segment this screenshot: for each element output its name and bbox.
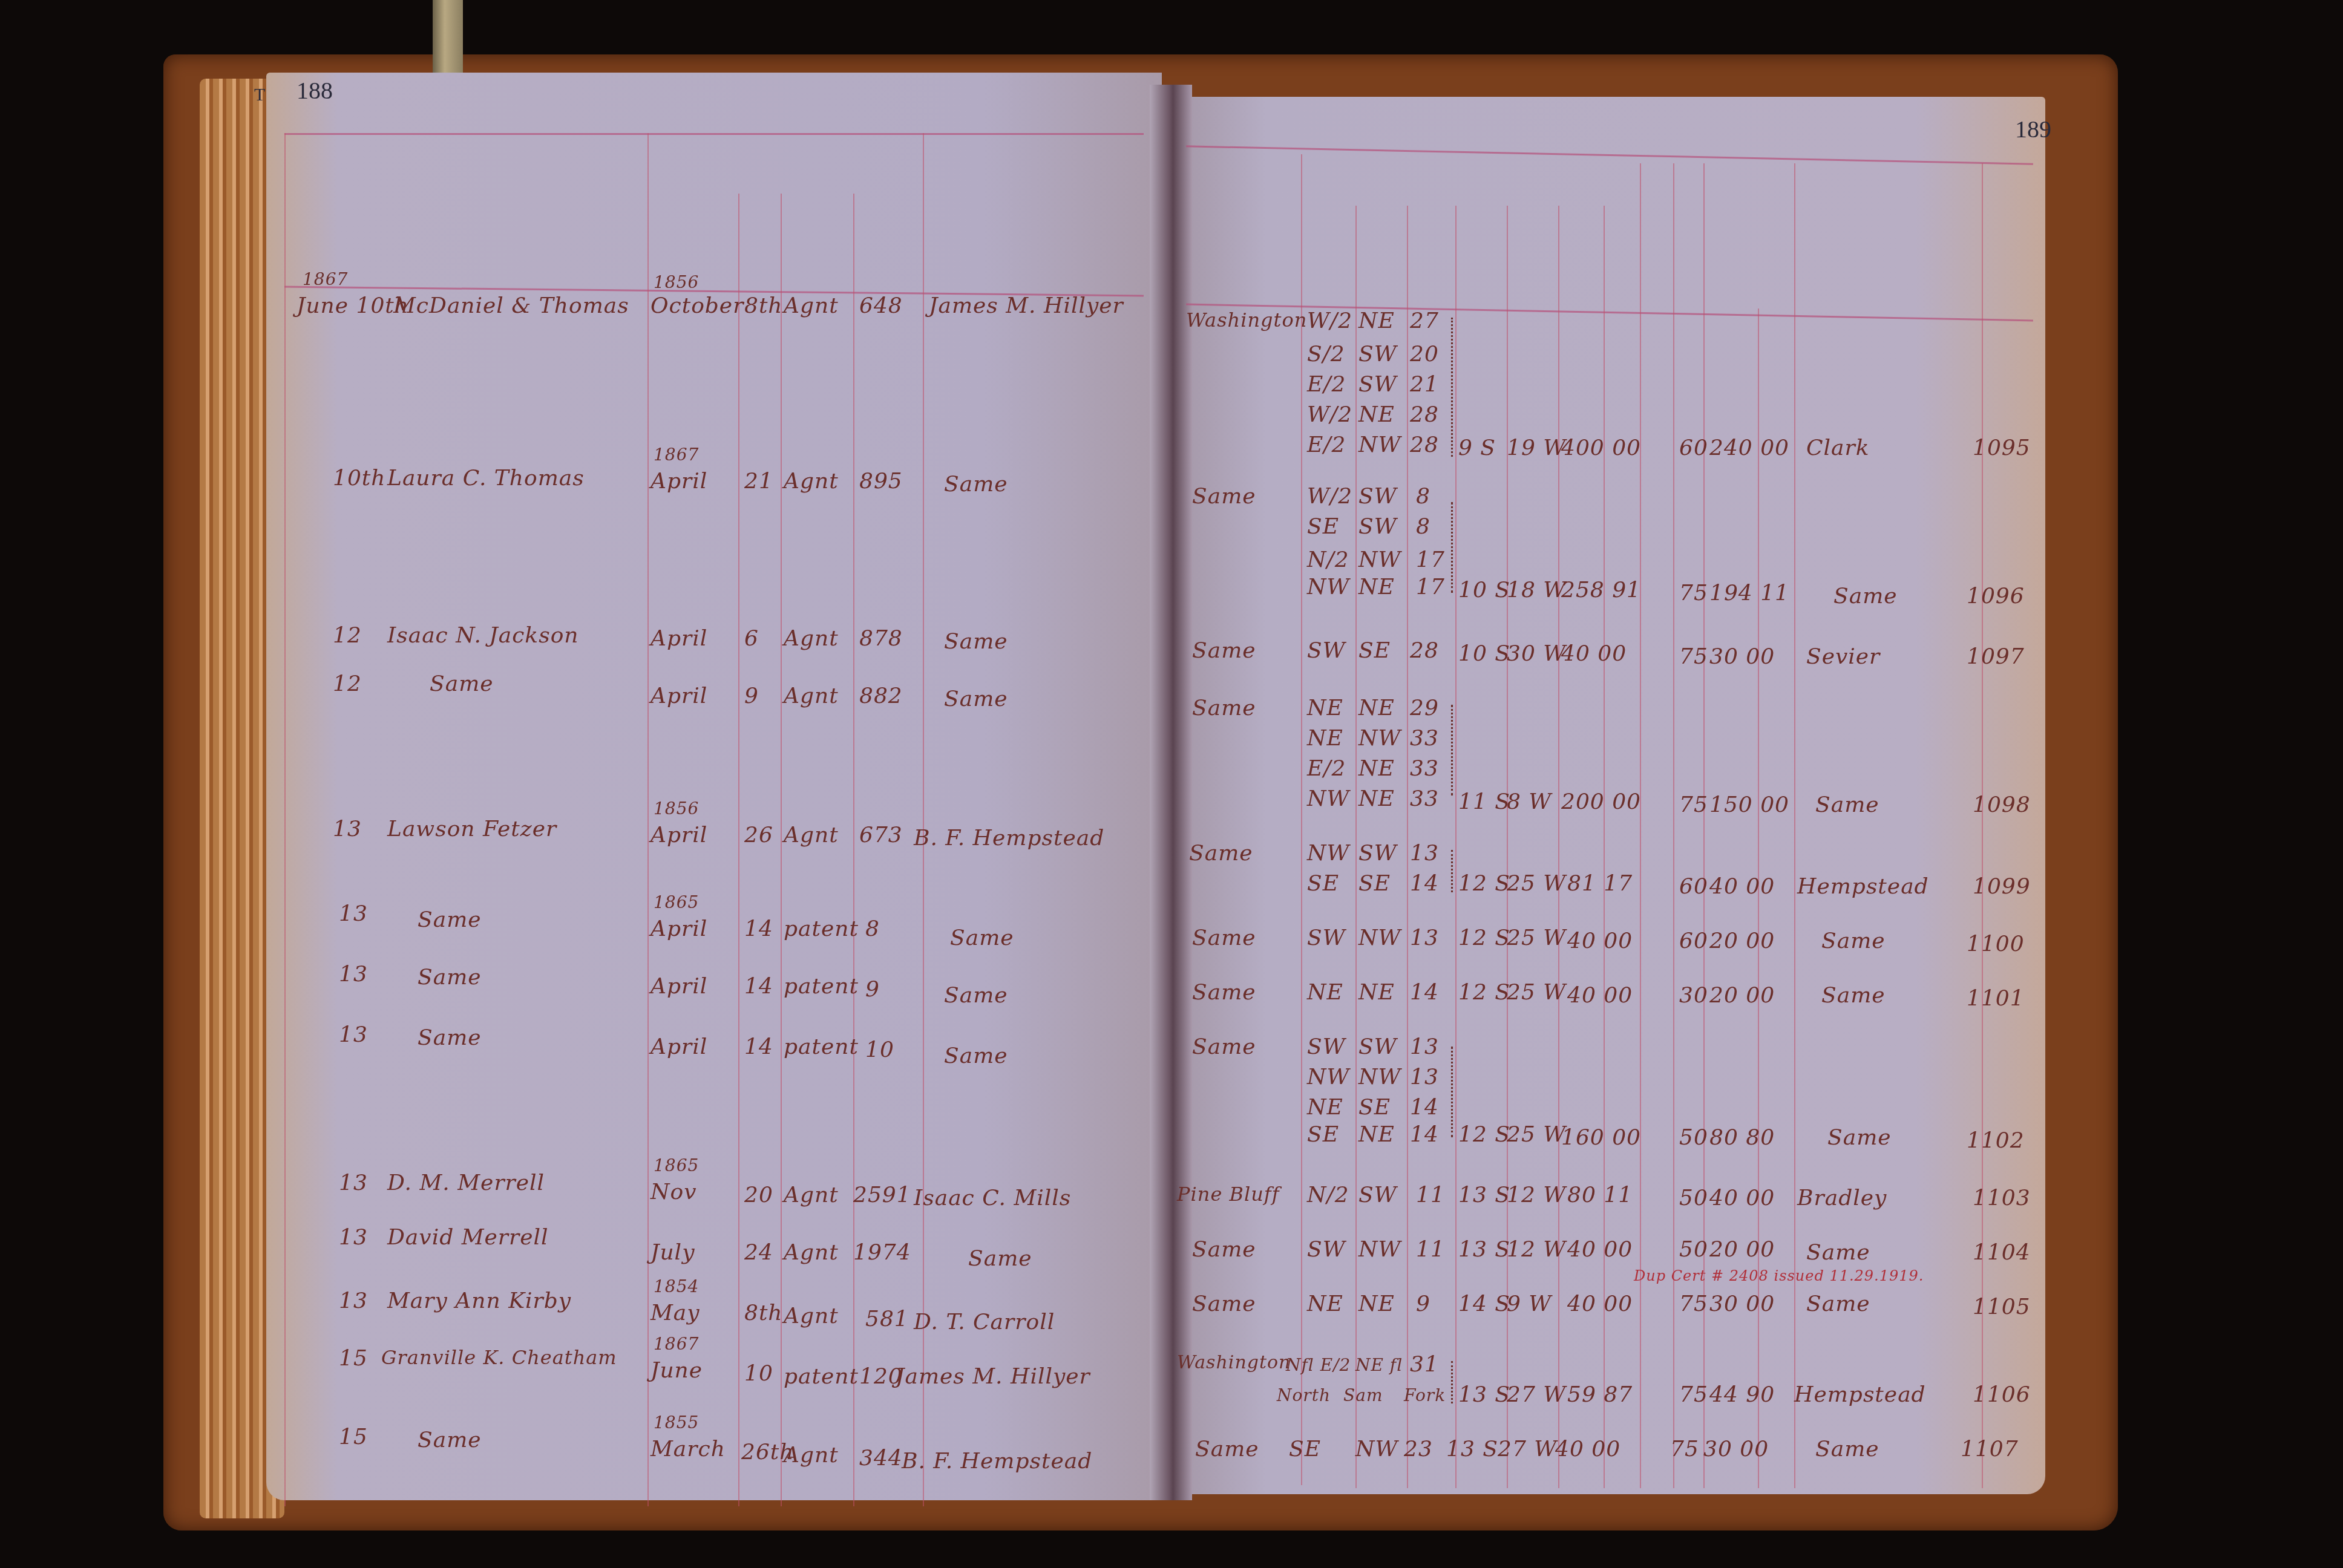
row-acres: 40 00 — [1561, 641, 1627, 666]
row-agent: Same — [944, 687, 1008, 711]
row-name: Same — [418, 907, 482, 932]
row-township: 13 S — [1458, 1382, 1510, 1407]
col-rule — [1558, 206, 1559, 1488]
row-entry-year: 1867 — [654, 1334, 699, 1354]
row-township: 13 S — [1446, 1437, 1498, 1462]
row-receiver: Sevier — [1806, 644, 1880, 669]
row-name: D. M. Merrell — [387, 1171, 545, 1195]
row-name: Isaac N. Jackson — [387, 623, 579, 648]
row-agent: Same — [944, 983, 1008, 1008]
col-rule — [853, 194, 854, 1506]
row-day: 13 — [339, 1289, 368, 1313]
row-quarter: NW — [1358, 1237, 1401, 1262]
row-township: 12 S — [1458, 980, 1510, 1005]
row-section: 13 — [1410, 926, 1439, 950]
row-receiver: Same — [1821, 983, 1886, 1008]
row-subdiv: NE — [1307, 980, 1343, 1005]
row-acres: 400 00 — [1561, 436, 1641, 460]
row-amount: 20 00 — [1709, 1237, 1775, 1262]
row-number: 1974 — [853, 1240, 911, 1265]
row-number: 10 — [865, 1037, 894, 1062]
row-subdiv: NW — [1307, 786, 1350, 811]
col-rule — [1703, 163, 1705, 1488]
row-quarter: NW — [1358, 926, 1401, 950]
row-township: 9 S — [1458, 436, 1496, 460]
row-cert-number: 1105 — [1973, 1295, 2031, 1319]
row-county: Same — [1192, 696, 1256, 720]
row-section: 28 — [1410, 638, 1439, 663]
row-day: 13 — [339, 901, 368, 926]
row-section: 14 — [1410, 1095, 1439, 1120]
row-agent: Same — [944, 629, 1008, 654]
row-acres: 40 00 — [1567, 929, 1633, 953]
row-subdiv: E/2 — [1307, 433, 1346, 457]
row-amount: 20 00 — [1709, 929, 1775, 953]
row-county: Same — [1192, 638, 1256, 663]
row-section: 13 — [1410, 1034, 1439, 1059]
row-subdiv: SW — [1307, 1237, 1346, 1262]
row-township: 10 S — [1458, 578, 1510, 603]
duplicate-cert-annotation: Dup Cert # 2408 issued 11.29.1919. — [1634, 1267, 1924, 1284]
row-entry-day: 9 — [744, 684, 759, 708]
row-kind: Agnt — [784, 823, 839, 848]
row-cert-number: 1096 — [1967, 584, 2025, 609]
row-subdiv: NW — [1307, 1065, 1350, 1089]
row-rate: 75 — [1679, 1292, 1708, 1316]
row-township: 12 S — [1458, 926, 1510, 950]
bracket — [1447, 850, 1453, 892]
row-range: 25 W — [1507, 926, 1566, 950]
bracket — [1447, 318, 1453, 457]
row-quarter: SW — [1358, 484, 1397, 509]
row-subdiv: SE — [1289, 1437, 1321, 1462]
col-rule — [1455, 206, 1457, 1488]
row-entry-month: April — [650, 626, 707, 651]
row-day: 15 — [339, 1346, 368, 1371]
row-acres: 80 11 — [1567, 1183, 1633, 1207]
row-county: Same — [1192, 980, 1256, 1005]
row-kind: Agnt — [784, 1183, 839, 1207]
row-subdiv: NE — [1307, 1095, 1343, 1120]
margin-rule — [284, 133, 286, 1506]
row-amount: 194 11 — [1709, 581, 1789, 606]
col-rule — [1355, 206, 1357, 1488]
row-section: 8 — [1416, 484, 1430, 509]
row-range: 25 W — [1507, 980, 1566, 1005]
row-quarter: SW — [1358, 372, 1397, 397]
row-quarter: SE — [1358, 638, 1391, 663]
row-subdiv: S/2 — [1307, 342, 1345, 367]
row-quarter: NE — [1358, 402, 1395, 427]
row-cert-number: 1097 — [1967, 644, 2025, 669]
row-kind: Agnt — [784, 626, 839, 651]
row-subdiv: NW — [1307, 575, 1350, 599]
bracket — [1447, 1361, 1453, 1403]
row-section: 23 — [1404, 1437, 1433, 1462]
row-kind: patent — [784, 916, 859, 941]
row-quarter: NE — [1358, 309, 1395, 333]
row-number: 581 — [865, 1307, 909, 1331]
row-subdiv: W/2 — [1307, 309, 1352, 333]
row-subdiv: SE — [1307, 1122, 1339, 1147]
row-subdiv: SE — [1307, 514, 1339, 539]
row-receiver: Clark — [1806, 436, 1870, 460]
row-quarter: NE — [1358, 575, 1395, 599]
row-acres: 40 00 — [1567, 983, 1633, 1008]
row-township: 11 S — [1458, 789, 1510, 814]
row-entry-year: 1865 — [654, 892, 699, 912]
row-section: 8 — [1416, 514, 1430, 539]
row-entry-day: 8th — [744, 293, 783, 318]
row-county: Pine Bluff — [1177, 1183, 1280, 1206]
row-entry-day: 10 — [744, 1361, 773, 1386]
row-name: McDaniel & Thomas — [393, 293, 629, 318]
row-entry-day: 14 — [744, 916, 773, 941]
row-name: Granville K. Cheatham — [381, 1346, 617, 1369]
row-entry-month: July — [650, 1240, 695, 1265]
row-cert-number: 1095 — [1973, 436, 2031, 460]
row-cert-number: 1104 — [1973, 1240, 2031, 1265]
row-agent: Isaac C. Mills — [914, 1186, 1071, 1210]
row-day: 13 — [339, 962, 368, 987]
row-section: 33 — [1410, 726, 1439, 751]
row-section: 29 — [1410, 696, 1439, 720]
row-quarter: NE — [1358, 756, 1395, 781]
row-entry-month: April — [650, 1034, 707, 1059]
row-quarter: SW — [1358, 1034, 1397, 1059]
row-receiver: Same — [1815, 792, 1879, 817]
row-day: 15 — [339, 1425, 368, 1449]
col-rule — [647, 133, 649, 1506]
row-receiver: Same — [1833, 584, 1898, 609]
row-subdiv: SW — [1307, 926, 1346, 950]
row-day: 12 — [333, 623, 362, 648]
row-name: Lawson Fetzer — [387, 817, 557, 841]
row-subdiv: NW — [1307, 841, 1350, 866]
row-quarter: NE — [1358, 1122, 1395, 1147]
row-subdiv: W/2 — [1307, 402, 1352, 427]
row-county: Same — [1192, 484, 1256, 509]
row-entry-day: 21 — [744, 469, 773, 494]
row-range: 12 W — [1507, 1237, 1566, 1262]
row-cert-number: 1100 — [1967, 932, 2025, 956]
left-page-number: 188 — [297, 76, 333, 105]
bracket — [1447, 705, 1453, 795]
row-range: 19 W — [1507, 436, 1566, 460]
row-cert-number: 1106 — [1973, 1382, 2031, 1407]
row-amount: 20 00 — [1709, 983, 1775, 1008]
row-receiver: Same — [1806, 1240, 1870, 1265]
row-county: Same — [1192, 1292, 1256, 1316]
col-rule — [1301, 154, 1302, 1485]
row-section: Fork — [1404, 1385, 1446, 1405]
row-section: 17 — [1416, 547, 1445, 572]
row-township: 13 S — [1458, 1183, 1510, 1207]
row-section: 13 — [1410, 841, 1439, 866]
row-subdiv: W/2 — [1307, 484, 1352, 509]
row-quarter: SW — [1358, 841, 1397, 866]
row-range: 30 W — [1507, 641, 1566, 666]
row-quarter: NW — [1355, 1437, 1398, 1462]
row-entry-day: 6 — [744, 626, 759, 651]
row-entry-month: April — [650, 974, 707, 999]
row-acres: 40 00 — [1555, 1437, 1620, 1462]
row-amount: 240 00 — [1709, 436, 1789, 460]
row-quarter: SW — [1358, 514, 1397, 539]
row-township: 10 S — [1458, 641, 1510, 666]
row-receiver: Same — [1827, 1125, 1892, 1150]
row-name: Mary Ann Kirby — [387, 1289, 571, 1313]
row-quarter: NE — [1358, 980, 1395, 1005]
row-cert-number: 1102 — [1967, 1128, 2025, 1153]
row-subdiv: NE — [1307, 726, 1343, 751]
row-subdiv: N/2 — [1307, 547, 1349, 572]
row-rate: 75 — [1679, 581, 1708, 606]
row-quarter: NW — [1358, 433, 1401, 457]
row-rate: 75 — [1679, 644, 1708, 669]
row-quarter: NE — [1358, 1292, 1395, 1316]
row-section: 27 — [1410, 309, 1439, 333]
row-day: 13 — [339, 1171, 368, 1195]
row-entry-year: 1854 — [654, 1276, 699, 1296]
row-agent: Same — [968, 1246, 1032, 1271]
bracket — [1447, 502, 1453, 593]
row-range: 27 W — [1507, 1382, 1566, 1407]
row-receiver: Hempstead — [1797, 874, 1929, 899]
row-entry-day: 24 — [744, 1240, 773, 1265]
row-number: 895 — [859, 469, 903, 494]
row-county: Same — [1189, 841, 1253, 866]
row-acres: 81 17 — [1567, 871, 1633, 896]
row-rate: 50 — [1679, 1237, 1708, 1262]
row-day: 12 — [333, 671, 362, 696]
row-range: 8 W — [1507, 789, 1552, 814]
row-entry-month: April — [650, 916, 707, 941]
row-agent: D. T. Carroll — [914, 1310, 1055, 1334]
row-section: 33 — [1410, 786, 1439, 811]
col-rule — [1407, 206, 1408, 1488]
row-township: 14 S — [1458, 1292, 1510, 1316]
row-section: 33 — [1410, 756, 1439, 781]
row-amount: 44 90 — [1709, 1382, 1775, 1407]
row-section: 28 — [1410, 402, 1439, 427]
row-entry-month: April — [650, 469, 707, 494]
header-top-rule — [284, 133, 1144, 135]
row-county: Same — [1195, 1437, 1259, 1462]
row-day: June 10th — [297, 293, 409, 318]
row-entry-day: 26 — [744, 823, 773, 848]
row-township: 12 S — [1458, 1122, 1510, 1147]
row-rate: 50 — [1679, 1125, 1708, 1150]
row-quarter: NW — [1358, 726, 1401, 751]
row-section: 20 — [1410, 342, 1439, 367]
row-amount: 40 00 — [1709, 874, 1775, 899]
row-quarter: NW — [1358, 547, 1401, 572]
row-entry-month: October — [650, 293, 744, 318]
row-kind: Agnt — [784, 293, 839, 318]
row-section: 14 — [1410, 980, 1439, 1005]
row-range: 25 W — [1507, 871, 1566, 896]
row-entry-day: 14 — [744, 1034, 773, 1059]
row-acres: 160 00 — [1561, 1125, 1641, 1150]
row-subdiv: SW — [1307, 638, 1346, 663]
row-range: 12 W — [1507, 1183, 1566, 1207]
row-section: 28 — [1410, 433, 1439, 457]
row-kind: patent — [784, 974, 859, 999]
row-name: Same — [418, 1428, 482, 1452]
row-number: 344 — [859, 1446, 903, 1471]
row-agent: James M. Hillyer — [896, 1364, 1090, 1389]
row-subdiv: E/2 — [1307, 372, 1346, 397]
row-day: 10th — [333, 466, 385, 491]
row-kind: Agnt — [784, 1443, 839, 1468]
row-entry-day: 20 — [744, 1183, 773, 1207]
row-receiver: Same — [1806, 1292, 1870, 1316]
col-rule — [923, 133, 924, 1506]
row-rate: 75 — [1679, 1382, 1708, 1407]
row-receiver: Same — [1815, 1437, 1879, 1462]
row-entry-year: 1855 — [654, 1413, 699, 1432]
row-entry-month: Nov — [650, 1180, 697, 1204]
row-quarter: SW — [1358, 1183, 1397, 1207]
row-number: 882 — [859, 684, 903, 708]
row-subdiv: NE — [1307, 696, 1343, 720]
row-agent: Same — [950, 926, 1014, 950]
row-entry-year: 1856 — [654, 799, 699, 818]
row-kind: patent — [784, 1034, 859, 1059]
row-quarter: Sam — [1343, 1385, 1383, 1405]
row-kind: Agnt — [784, 1240, 839, 1265]
tab-marker: T — [254, 85, 265, 105]
row-quarter: NE — [1358, 786, 1395, 811]
col-rule — [1982, 163, 1983, 1488]
row-cert-number: 1103 — [1973, 1186, 2031, 1210]
row-amount: 30 00 — [1709, 644, 1775, 669]
row-entry-month: April — [650, 823, 707, 848]
row-quarter: NE fl — [1355, 1355, 1403, 1375]
row-name: Same — [430, 671, 494, 696]
bracket — [1447, 1047, 1453, 1137]
row-name: Same — [418, 965, 482, 990]
row-agent: B. F. Hempstead — [902, 1449, 1092, 1474]
row-rate: 75 — [1670, 1437, 1699, 1462]
row-quarter: SE — [1358, 871, 1391, 896]
row-agent: Same — [944, 472, 1008, 497]
row-county: Same — [1192, 1034, 1256, 1059]
row-range: 9 W — [1507, 1292, 1552, 1316]
row-kind: Agnt — [784, 469, 839, 494]
row-rate: 75 — [1679, 792, 1708, 817]
row-county: Washington — [1186, 309, 1307, 332]
row-receiver: Same — [1821, 929, 1886, 953]
row-subdiv: E/2 — [1307, 756, 1346, 781]
row-amount: 40 00 — [1709, 1186, 1775, 1210]
col-rule — [1640, 163, 1641, 1488]
row-acres: 258 91 — [1561, 578, 1641, 603]
row-entry-year: 1865 — [654, 1155, 699, 1175]
row-entry-year: 1856 — [654, 272, 699, 292]
row-entry-month: March — [650, 1437, 726, 1462]
year-header: 1867 — [303, 269, 348, 289]
row-name: Same — [418, 1025, 482, 1050]
row-name: David Merrell — [387, 1225, 549, 1250]
row-amount: 30 00 — [1703, 1437, 1769, 1462]
row-section: 14 — [1410, 1122, 1439, 1147]
row-rate: 60 — [1679, 929, 1708, 953]
row-township: 13 S — [1458, 1237, 1510, 1262]
row-section: 31 — [1410, 1352, 1439, 1377]
col-rule — [738, 194, 739, 1506]
row-county: Same — [1192, 1237, 1256, 1262]
row-name: Laura C. Thomas — [387, 466, 585, 491]
row-agent: James M. Hillyer — [929, 293, 1124, 318]
row-quarter: SW — [1358, 342, 1397, 367]
row-section: 13 — [1410, 1065, 1439, 1089]
row-day: 13 — [333, 817, 362, 841]
row-county: Same — [1192, 926, 1256, 950]
row-subdiv: SE — [1307, 871, 1339, 896]
row-receiver: Bradley — [1797, 1186, 1887, 1210]
row-quarter: NE — [1358, 696, 1395, 720]
col-rule — [1673, 163, 1674, 1488]
row-quarter: SE — [1358, 1095, 1391, 1120]
row-entry-day: 8th — [744, 1301, 783, 1325]
row-subdiv: SW — [1307, 1034, 1346, 1059]
row-agent: Same — [944, 1044, 1008, 1068]
row-kind: patent — [784, 1364, 859, 1389]
row-cert-number: 1107 — [1961, 1437, 2019, 1462]
row-rate: 50 — [1679, 1186, 1708, 1210]
row-entry-month: June — [650, 1358, 703, 1383]
row-range: 27 W — [1498, 1437, 1557, 1462]
row-acres: 40 00 — [1567, 1292, 1633, 1316]
row-receiver: Hempstead — [1794, 1382, 1926, 1407]
row-subdiv: NE — [1307, 1292, 1343, 1316]
row-subdiv: Nfl E/2 — [1286, 1355, 1351, 1375]
row-kind: Agnt — [784, 684, 839, 708]
row-day: 13 — [339, 1022, 368, 1047]
row-section: 11 — [1416, 1183, 1445, 1207]
row-cert-number: 1099 — [1973, 874, 2031, 899]
row-entry-year: 1867 — [654, 445, 699, 465]
row-rate: 60 — [1679, 436, 1708, 460]
row-amount: 30 00 — [1709, 1292, 1775, 1316]
row-cert-number: 1101 — [1967, 986, 2025, 1011]
row-entry-day: 14 — [744, 974, 773, 999]
row-section: 17 — [1416, 575, 1445, 599]
row-quarter: NW — [1358, 1065, 1401, 1089]
row-section: 21 — [1410, 372, 1439, 397]
row-agent: B. F. Hempstead — [914, 826, 1104, 851]
right-page-number: 189 — [2015, 115, 2051, 143]
row-entry-month: April — [650, 684, 707, 708]
row-cert-number: 1098 — [1973, 792, 2031, 817]
book-gutter — [1150, 85, 1192, 1500]
row-section: 14 — [1410, 871, 1439, 896]
row-number: 648 — [859, 293, 903, 318]
row-rate: 30 — [1679, 983, 1708, 1008]
row-acres: 200 00 — [1561, 789, 1641, 814]
row-township: 12 S — [1458, 871, 1510, 896]
row-section: 11 — [1416, 1237, 1445, 1262]
row-subdiv: North — [1277, 1385, 1331, 1405]
row-acres: 40 00 — [1567, 1237, 1633, 1262]
row-number: 2591 — [853, 1183, 911, 1207]
row-day: 13 — [339, 1225, 368, 1250]
row-amount: 80 80 — [1709, 1125, 1775, 1150]
row-number: 9 — [865, 977, 880, 1002]
row-section: 9 — [1416, 1292, 1430, 1316]
